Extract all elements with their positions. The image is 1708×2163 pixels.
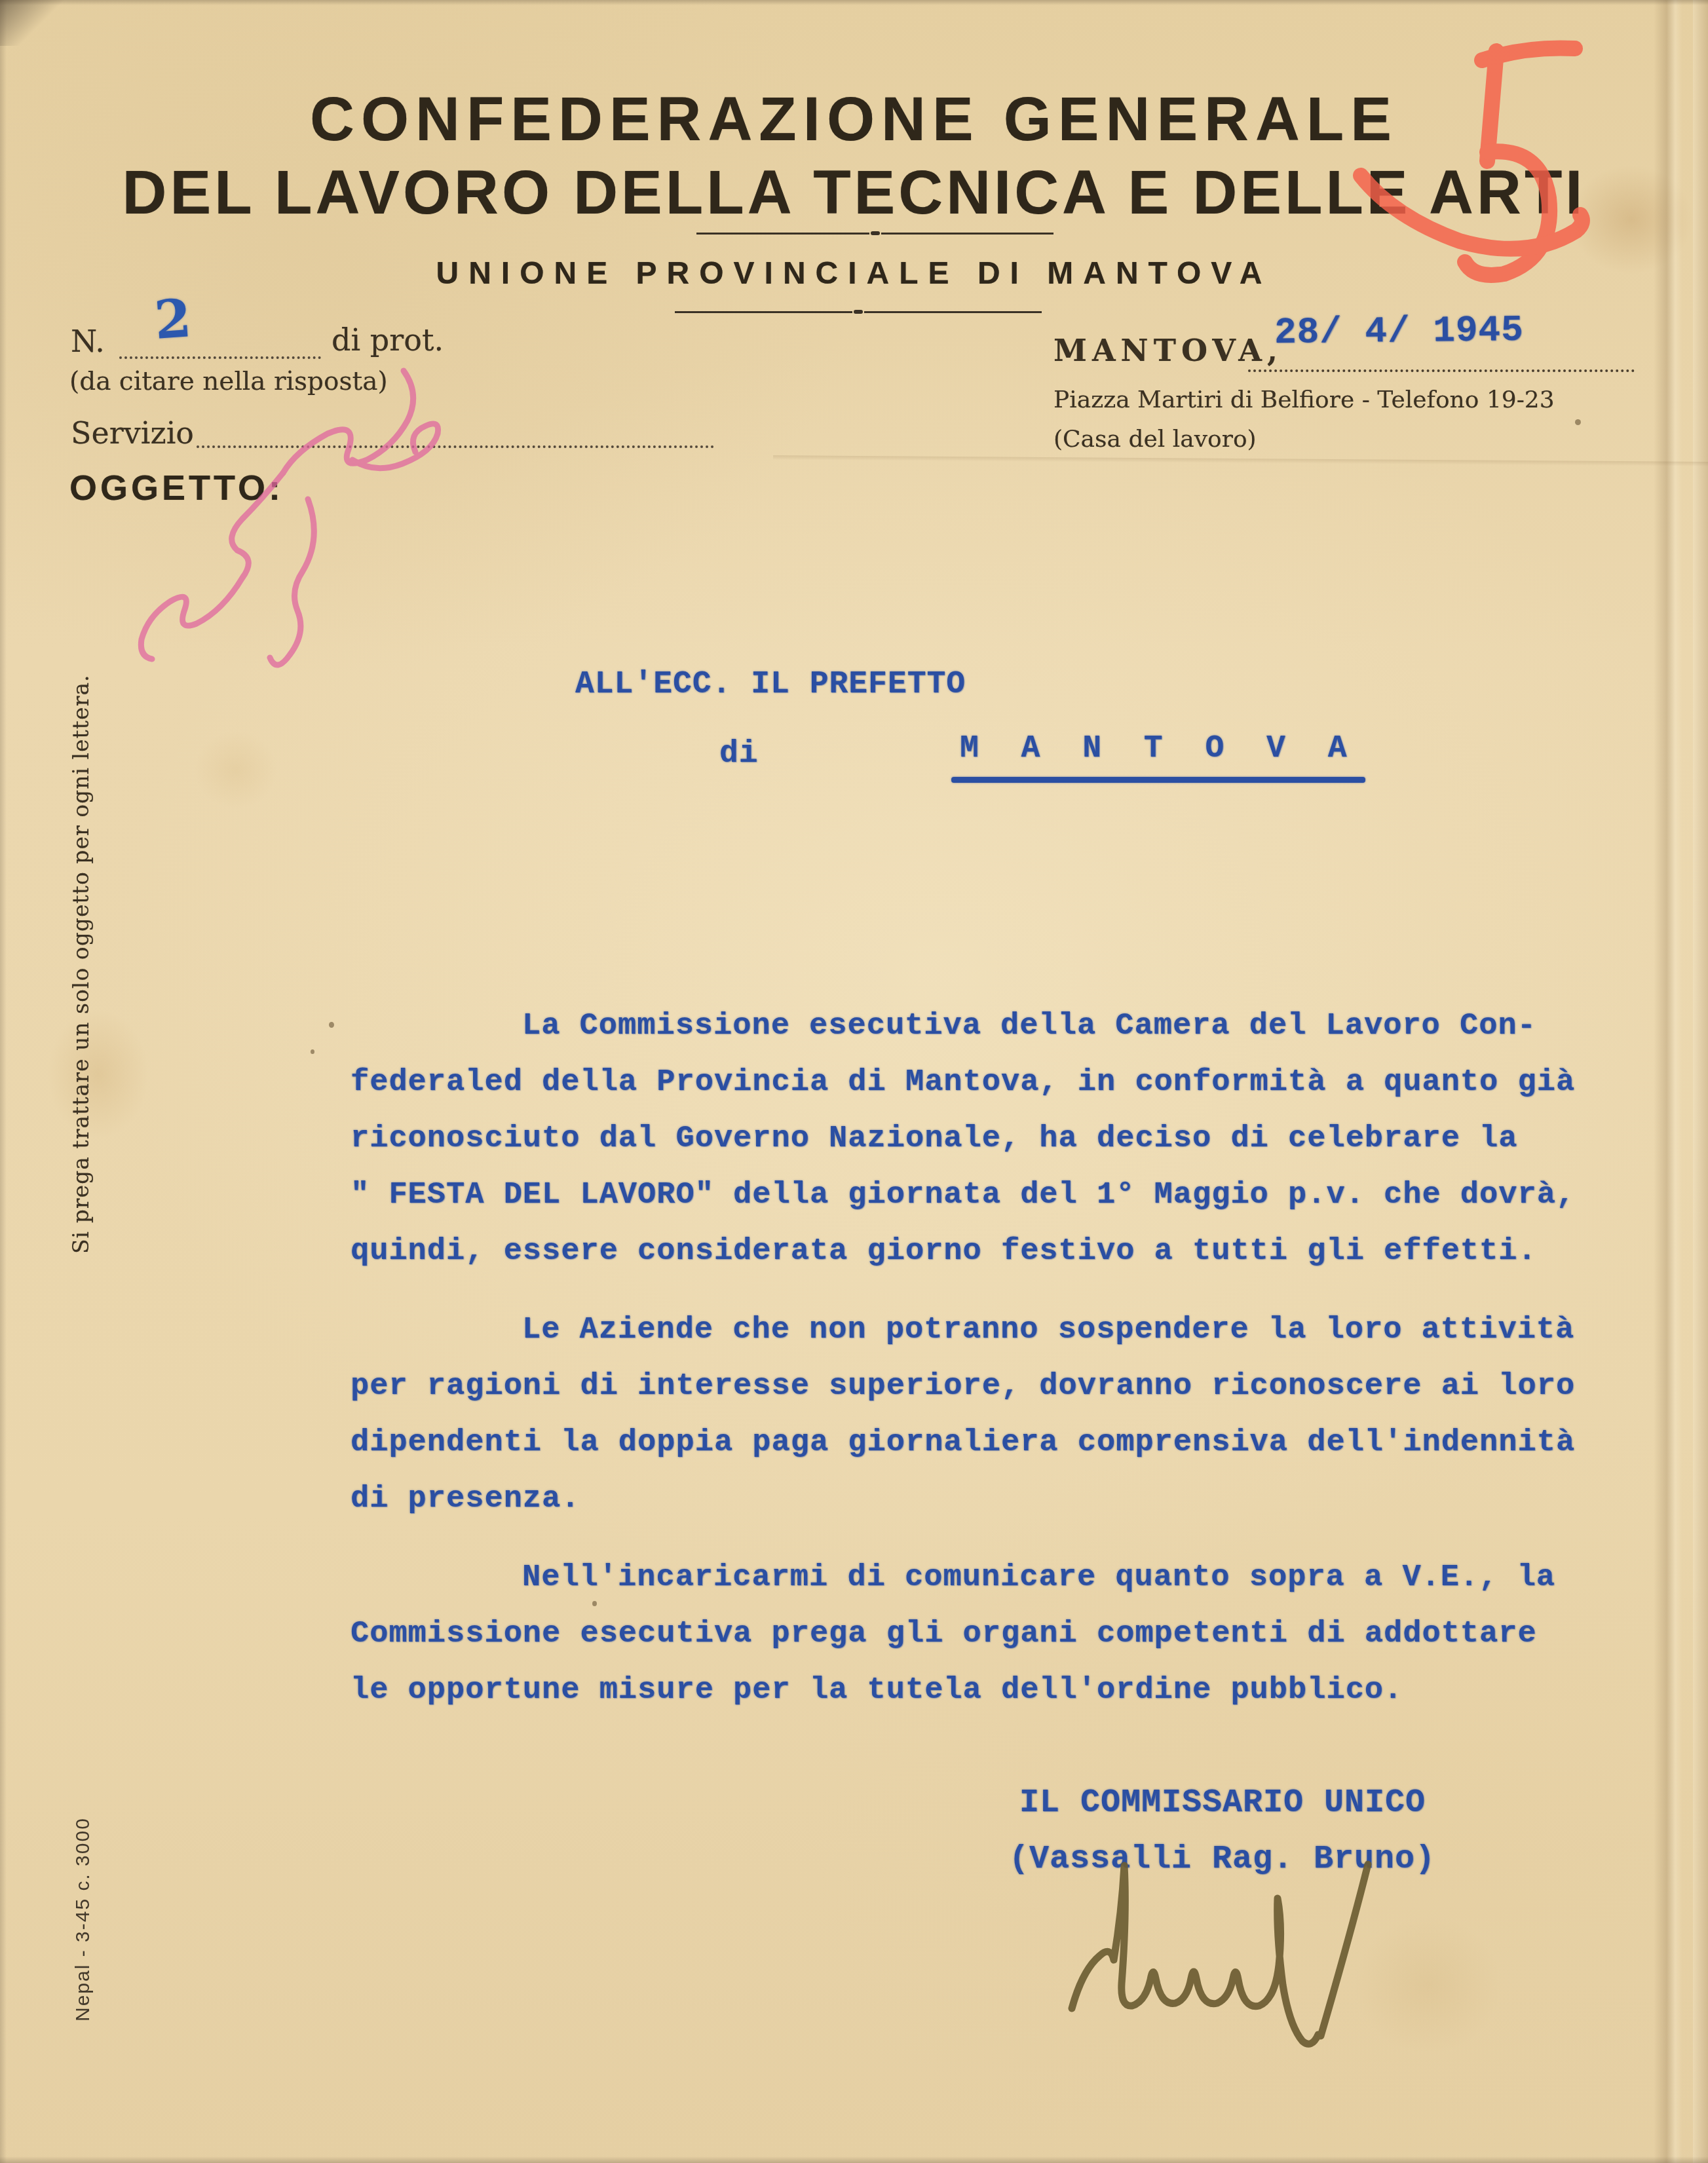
body-line: " FESTA DEL LAVORO" della giornata del 1… <box>351 1167 1582 1224</box>
org-title-line1: CONFEDERAZIONE GENERALE <box>0 84 1708 155</box>
paper-fold-crease-vertical <box>1654 0 1682 2163</box>
signature-ink <box>1072 1864 1368 2044</box>
scan-corner-shadow <box>0 0 72 46</box>
protocol-n-label: N. <box>71 324 105 359</box>
org-title-line2: DEL LAVORO DELLA TECNICA E DELLE ARTI <box>0 157 1708 228</box>
letter-body: La Commissione esecutiva della Camera de… <box>351 998 1582 1741</box>
ornamental-divider-bottom <box>675 309 1042 314</box>
recipient-di: di <box>719 736 759 772</box>
body-line: dipendenti la doppia paga giornaliera co… <box>351 1415 1582 1471</box>
ornamental-divider-top <box>696 231 1053 236</box>
paper-crease-horizontal <box>773 455 1708 466</box>
paper-edge-shadow <box>0 0 1708 5</box>
oggetto-label: OGGETTO: <box>69 468 284 508</box>
body-line: le opportune misure per la tutela dell'o… <box>351 1663 1582 1719</box>
di-prot-label: di prot. <box>332 322 444 358</box>
body-paragraph-1: La Commissione esecutiva della Camera de… <box>351 998 1582 1280</box>
letter-page: CONFEDERAZIONE GENERALE DEL LAVORO DELLA… <box>0 0 1708 2163</box>
body-line: Commissione esecutiva prega gli organi c… <box>351 1606 1582 1663</box>
body-line: di presenza. <box>351 1471 1582 1528</box>
signature-main-stroke <box>1072 1866 1318 2044</box>
divider-line <box>696 233 869 235</box>
divider-dot <box>871 231 880 235</box>
ink-speck <box>311 1049 314 1054</box>
servizio-label: Servizio <box>71 415 194 451</box>
divider-line <box>675 311 852 313</box>
ink-speck <box>1575 419 1581 425</box>
date-dotted-line <box>1248 341 1635 372</box>
protocol-number-dotted-line <box>119 328 321 359</box>
paper-stain <box>1323 1887 1533 2083</box>
body-line: Le Aziende che non potranno sospendere l… <box>351 1302 1582 1359</box>
body-line: federaled della Provincia di Mantova, in… <box>351 1055 1582 1111</box>
body-line: Nell'incaricarmi di comunicare quanto so… <box>351 1550 1582 1606</box>
body-line: quindi, essere considerata giorno festiv… <box>351 1224 1582 1280</box>
paper-stain <box>177 714 295 825</box>
recipient-city-underline <box>951 777 1365 783</box>
left-margin-note: Si prega trattare un solo oggetto per og… <box>68 674 94 1254</box>
recipient-city: M A N T O V A <box>960 731 1358 766</box>
servizio-dotted-line <box>197 417 714 448</box>
body-line: per ragioni di interesse superiore, dovr… <box>351 1359 1582 1415</box>
body-line: La Commissione esecutiva della Camera de… <box>351 998 1582 1055</box>
ink-speck <box>329 1022 334 1028</box>
divider-line <box>864 311 1042 313</box>
paper-edge-shadow <box>0 0 7 2163</box>
body-line: riconosciuto dal Governo Nazionale, ha d… <box>351 1111 1582 1167</box>
cite-in-reply-note: (da citare nella risposta) <box>69 367 388 396</box>
red-5-top-bar <box>1482 48 1575 60</box>
signature-cross-stroke <box>1321 1864 1368 2036</box>
signature-title: IL COMMISSARIO UNICO <box>1019 1784 1426 1822</box>
body-paragraph-2: Le Aziende che non potranno sospendere l… <box>351 1302 1582 1528</box>
printer-imprint: Nepal - 3-45 c. 3000 <box>72 1817 94 2022</box>
address-line: Piazza Martiri di Belfiore - Telefono 19… <box>1053 386 1555 413</box>
signature-typed-name: (Vassalli Rag. Bruno) <box>1009 1841 1435 1878</box>
divider-dot <box>854 310 863 314</box>
divider-line <box>881 233 1054 235</box>
paper-fold-crease-vertical <box>1693 0 1708 2163</box>
recipient-line1: ALL'ECC. IL PREFETTO <box>575 667 966 702</box>
paper-edge-shadow <box>0 2156 1708 2163</box>
body-paragraph-3: Nell'incaricarmi di comunicare quanto so… <box>351 1550 1582 1719</box>
paper-stain <box>26 983 170 1166</box>
address-line2: (Casa del lavoro) <box>1053 426 1257 453</box>
org-subtitle: UNIONE PROVINCIALE DI MANTOVA <box>0 255 1708 292</box>
pink-scribble-stroke <box>270 499 314 665</box>
